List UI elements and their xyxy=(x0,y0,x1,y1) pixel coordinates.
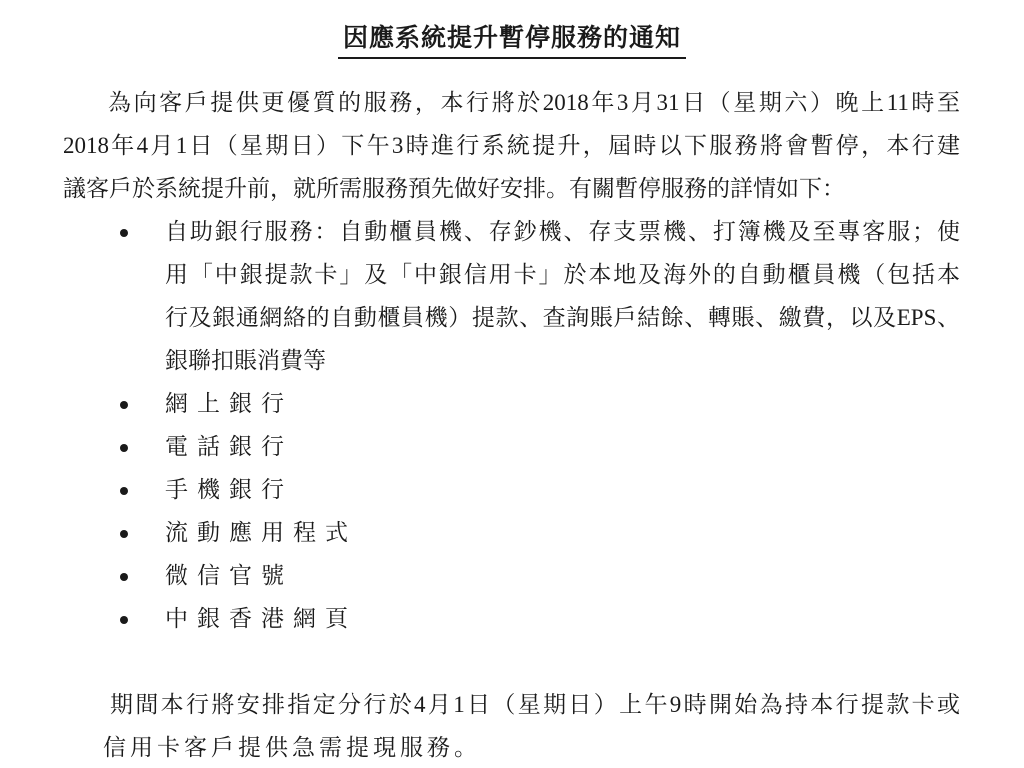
self-service-line: 用「中銀提款卡」及「中銀信用卡」於本地及海外的自動櫃員機（包括本 xyxy=(165,253,960,296)
page-title: 因應系統提升暫停服務的通知 xyxy=(0,22,1024,59)
closing-line: 期間本行將安排指定分行於4月1日（星期日）上午9時開始為持本行提款卡或 xyxy=(103,683,960,726)
notice-document-page: 因應系統提升暫停服務的通知 為向客戶提供更優質的服務，本行將於2018年3月31… xyxy=(0,0,1024,768)
self-service-line: 行及銀通網絡的自動櫃員機）提款、查詢賬戶結餘、轉賬、繳費，以及EPS、 xyxy=(165,296,960,339)
list-item-phone-banking: 電話銀行 xyxy=(63,425,960,468)
bullet-icon xyxy=(120,616,128,624)
notice-body: 為向客戶提供更優質的服務，本行將於2018年3月31日（星期六）晚上11時至 2… xyxy=(63,81,960,768)
list-item-wechat-account: 微信官號 xyxy=(63,554,960,597)
intro-line: 為向客戶提供更優質的服務，本行將於2018年3月31日（星期六）晚上11時至 xyxy=(63,81,960,124)
list-item-mobile-app: 流動應用程式 xyxy=(63,511,960,554)
service-label: 手機銀行 xyxy=(165,468,960,511)
service-label: 微信官號 xyxy=(165,554,960,597)
service-label: 流動應用程式 xyxy=(165,511,960,554)
intro-line: 議客戶於系統提升前，就所需服務預先做好安排。有關暫停服務的詳情如下： xyxy=(63,167,960,210)
closing-line: 信用卡客戶提供急需提現服務。 xyxy=(103,726,960,768)
suspended-services-list: 自助銀行服務：自動櫃員機、存鈔機、存支票機、打簿機及至專客服；使 用「中銀提款卡… xyxy=(63,210,960,640)
list-item-self-service-banking: 自助銀行服務：自動櫃員機、存鈔機、存支票機、打簿機及至專客服；使 用「中銀提款卡… xyxy=(63,210,960,382)
service-label: 中銀香港網頁 xyxy=(165,597,960,640)
bullet-icon xyxy=(120,444,128,452)
intro-paragraph: 為向客戶提供更優質的服務，本行將於2018年3月31日（星期六）晚上11時至 2… xyxy=(63,81,960,210)
bullet-icon xyxy=(120,487,128,495)
closing-paragraph: 期間本行將安排指定分行於4月1日（星期日）上午9時開始為持本行提款卡或 信用卡客… xyxy=(103,683,960,768)
bullet-icon xyxy=(120,573,128,581)
list-item-bochk-website: 中銀香港網頁 xyxy=(63,597,960,640)
self-service-line: 銀聯扣賬消費等 xyxy=(165,339,960,382)
service-label: 電話銀行 xyxy=(165,425,960,468)
intro-line: 2018年4月1日（星期日）下午3時進行系統提升，屆時以下服務將會暫停，本行建 xyxy=(63,124,960,167)
bullet-icon xyxy=(120,229,128,237)
bullet-icon xyxy=(120,401,128,409)
self-service-line: 自助銀行服務：自動櫃員機、存鈔機、存支票機、打簿機及至專客服；使 xyxy=(165,210,960,253)
bullet-icon xyxy=(120,530,128,538)
list-item-mobile-banking: 手機銀行 xyxy=(63,468,960,511)
list-item-internet-banking: 網上銀行 xyxy=(63,382,960,425)
notice-title: 因應系統提升暫停服務的通知 xyxy=(338,22,686,59)
paragraph-spacer xyxy=(63,640,960,683)
service-label: 網上銀行 xyxy=(165,382,960,425)
